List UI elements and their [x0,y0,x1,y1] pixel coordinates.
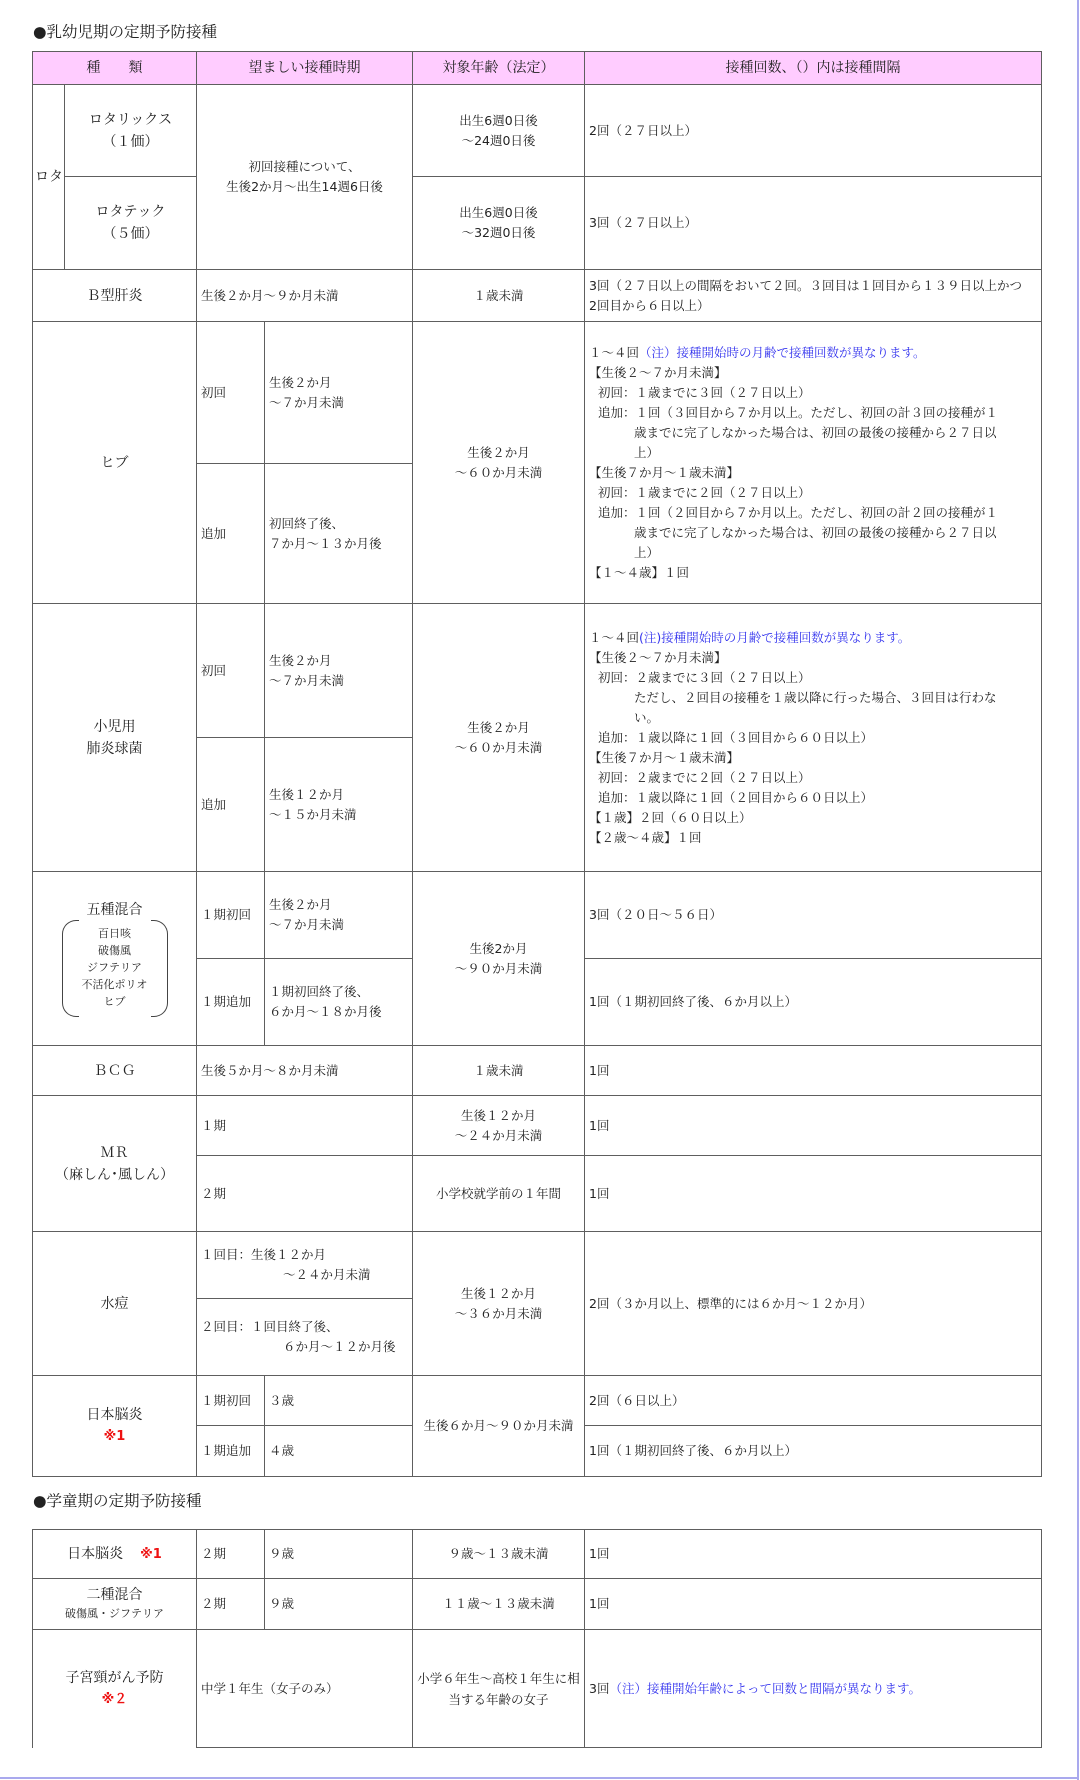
doses-note: （注）接種開始時の月齢で接種回数が異なります。 [639,345,926,360]
name-line: 子宮頸がん予防 [36,1667,193,1689]
table-row-varicella-dose1: 水痘 １回目：生後１２か月 ～２４か月未満 生後１２か月 ～３６か月未満 2回（… [33,1232,1042,1299]
text-line: ～24週0日後 [416,131,581,151]
text-line: ～32週0日後 [416,223,581,243]
age-group-heading: 【生後２～７か月未満】 [589,363,1038,383]
rotarix-doses: 2回（２７日以上） [585,85,1042,177]
hepatitis-b-recommended-period: 生後２か月～９か月未満 [197,270,413,322]
hpv-target-age: 小学６年生～高校１年生に相 当する年齢の女子 [413,1630,585,1748]
vaccine-name-japanese-encephalitis: 日本脳炎 ※1 [33,1376,197,1477]
doses-note: （注）接種開始年齢によって回数と間隔が異なります。 [609,1681,921,1696]
dose-detail-line: 初回：２歳までに３回（２７日以上） [589,668,1038,688]
rota-recommended-period: 初回接種について、 生後2か月～出生14週6日後 [197,85,413,270]
je-booster-doses: 1回（１期初回終了後、６か月以上） [585,1426,1042,1477]
table-row-rotarix: ロタ ロタリックス （１価） 初回接種について、 生後2か月～出生14週6日後 … [33,85,1042,177]
pneumococcal-doses: １～４回(注)接種開始時の月齢で接種回数が異なります。 【生後２～７か月未満】 … [585,604,1042,872]
text-line: ～７か月未満 [269,915,409,935]
table-row-bcg: ＢＣＧ 生後５か月～８か月未満 １歳未満 1回 [33,1046,1042,1096]
text-line: 生後１２か月 [269,785,409,805]
varicella-doses: 2回（３か月以上、標準的には６か月～１２か月） [585,1232,1042,1376]
hpv-doses: 3回（注）接種開始年齢によって回数と間隔が異なります。 [585,1630,1042,1748]
pentavalent-booster-period: １期初回終了後、 ６か月～１８か月後 [265,959,413,1046]
je-target-age: 生後６か月～９０か月未満 [413,1376,585,1477]
vaccine-name-japanese-encephalitis: 日本脳炎※1 [33,1530,197,1579]
mr-phase2-doses: 1回 [585,1156,1042,1232]
vaccine-name-varicella: 水痘 [33,1232,197,1376]
varicella-dose2-period: ２回目：１回目終了後、 ６か月～１２か月後 [197,1299,413,1376]
rotarix-target-age: 出生6週0日後 ～24週0日後 [413,85,585,177]
name-line: （１価） [68,131,193,153]
name-line: ＭＲ [36,1142,193,1164]
text-line: 生後１２か月 [416,1106,581,1126]
hib-primary-period: 生後２か月 ～７か月未満 [265,322,413,464]
name-line: 五種混合 [36,900,193,920]
text-line: ～１５か月未満 [269,805,409,825]
rotateq-doses: 3回（２７日以上） [585,177,1042,270]
text-line: ～２４か月未満 [201,1265,409,1285]
hib-target-age: 生後２か月 ～６０か月未満 [413,322,585,604]
dose-detail-line: 初回：１歳までに２回（２７日以上） [589,483,1038,503]
pneumococcal-target-age: 生後２か月 ～６０か月未満 [413,604,585,872]
pentavalent-phase-primary: １期初回 [197,872,265,959]
pneumococcal-primary-period: 生後２か月 ～７か月未満 [265,604,413,738]
infant-section-title: ●乳幼児期の定期予防接種 [33,22,217,42]
text-line: 生後２か月 [416,718,581,738]
text-line: ～２４か月未満 [416,1126,581,1146]
text-line: 当する年齢の女子 [414,1689,583,1710]
infant-vaccination-table: 種 類 望ましい接種時期 対象年齢（法定） 接種回数、（）内は接種間隔 ロタ ロ… [32,51,1042,1477]
doses-count: １～４回 [589,345,639,360]
header-target-age: 対象年齢（法定） [413,52,585,85]
rota-group-label: ロタ [33,85,65,270]
age-group-heading: 【１歳】２回（６０日以上） [589,808,1038,828]
mr-phase1-label: １期 [197,1096,413,1156]
vaccine-name-dt: 二種混合 破傷風・ジフテリア [33,1579,197,1630]
hepatitis-b-target-age: １歳未満 [413,270,585,322]
je2-doses: 1回 [585,1530,1042,1579]
header-doses-interval: 接種回数、（）内は接種間隔 [585,52,1042,85]
varicella-target-age: 生後１２か月 ～３６か月未満 [413,1232,585,1376]
name-text: 日本脳炎 [67,1546,123,1562]
dose-detail-line: 追加：１歳以降に１回（２回目から６０日以上） [589,788,1038,808]
dose-detail-line: 追加：１回（２回目から７か月以上。ただし、初回の計２回の接種が１ [589,503,1038,523]
text-line: 3回（２７日以上の間隔をおいて２回。３回目は１回目から１３９日以上かつ [589,276,1038,296]
dose-detail-continuation: 歳までに完了しなかった場合は、初回の最後の接種から２７日以 [589,523,1038,543]
vaccine-name-hpv: 子宮頸がん予防 ※２ [33,1630,197,1748]
mr-phase1-doses: 1回 [585,1096,1042,1156]
bcg-recommended-period: 生後５か月～８か月未満 [197,1046,413,1096]
text-line: １回目：生後１２か月 [201,1245,409,1265]
dt-target-age: １１歳～１３歳未満 [413,1579,585,1630]
table-row-dt: 二種混合 破傷風・ジフテリア ２期 ９歳 １１歳～１３歳未満 1回 [33,1579,1042,1630]
pneumococcal-phase-primary: 初回 [197,604,265,738]
name-line: ロタテック [68,201,193,223]
text-line: ～６０か月未満 [416,738,581,758]
vaccine-name-hepatitis-b: Ｂ型肝炎 [33,270,197,322]
text-line: ６か月～１２か月後 [201,1337,409,1357]
pneumococcal-phase-booster: 追加 [197,738,265,872]
table-row-hib-primary: ヒブ 初回 生後２か月 ～７か月未満 生後２か月 ～６０か月未満 １～４回（注）… [33,322,1042,464]
text-line: 初回終了後、 [269,514,409,534]
dose-detail-continuation: 上） [589,543,1038,563]
text-line: 小学６年生～高校１年生に相 [414,1668,583,1689]
pentavalent-primary-period: 生後２か月 ～７か月未満 [265,872,413,959]
hpv-recommended-period: 中学１年生（女子のみ） [197,1630,413,1748]
text-line: ～７か月未満 [269,671,409,691]
age-group-heading: 【２歳～４歳】１回 [589,828,1038,848]
text-line: 生後2か月～出生14週6日後 [200,177,409,197]
doses-summary-line: １～４回（注）接種開始時の月齢で接種回数が異なります。 [589,343,1038,363]
pentavalent-phase-booster: １期追加 [197,959,265,1046]
table-row-rotateq: ロタテック （５価） 出生6週0日後 ～32週0日後 3回（２７日以上） [33,177,1042,270]
left-bracket-shape [62,920,79,1017]
doses-count: 3回 [589,1681,609,1696]
pneumococcal-booster-period: 生後１２か月 ～１５か月未満 [265,738,413,872]
text-line: １期初回終了後、 [269,982,409,1002]
text-line: ～６０か月未満 [416,463,581,483]
bcg-target-age: １歳未満 [413,1046,585,1096]
age-group-heading: 【生後７か月～１歳未満】 [589,748,1038,768]
age-group-heading: 【１～４歳】１回 [589,563,1038,583]
dose-detail-line: 追加：１歳以降に１回（３回目から６０日以上） [589,728,1038,748]
table-row-hpv: 子宮頸がん予防 ※２ 中学１年生（女子のみ） 小学６年生～高校１年生に相 当する… [33,1630,1042,1748]
text-line: ２回目：１回目終了後、 [201,1317,409,1337]
hepatitis-b-doses: 3回（２７日以上の間隔をおいて２回。３回目は１回目から１３９日以上かつ 2回目か… [585,270,1042,322]
dose-detail-continuation: 上） [589,443,1038,463]
mr-phase2-label: ２期 [197,1156,413,1232]
je2-target-age: ９歳～１３歳未満 [413,1530,585,1579]
header-type: 種 類 [33,52,197,85]
dose-detail-continuation: ただし、２回目の接種を１歳以降に行った場合、３回目は行わな [589,688,1038,708]
hib-phase-booster: 追加 [197,464,265,604]
age-group-heading: 【生後７か月～１歳未満】 [589,463,1038,483]
table-row-pentavalent-primary: 五種混合 百日咳 破傷風 ジフテリア 不活化ポリオ ヒブ １期初回 生後２か月 … [33,872,1042,959]
dose-detail-continuation: 歳までに完了しなかった場合は、初回の最後の接種から２７日以 [589,423,1038,443]
footnote-mark: ※２ [36,1689,193,1711]
text-line: 生後２か月 [269,895,409,915]
doses-note: (注)接種開始時の月齢で接種回数が異なります。 [639,630,910,645]
je-primary-doses: 2回（６日以上） [585,1376,1042,1426]
dose-detail-line: 初回：２歳までに２回（２７日以上） [589,768,1038,788]
vaccine-name-hib: ヒブ [33,322,197,604]
components-bracket: 百日咳 破傷風 ジフテリア 不活化ポリオ ヒブ [62,920,168,1017]
table-row-je-phase1-primary: 日本脳炎 ※1 １期初回 ３歳 生後６か月～９０か月未満 2回（６日以上） [33,1376,1042,1426]
page-frame-right-border [1077,0,1079,1780]
pentavalent-booster-doses: 1回（１期初回終了後、６か月以上） [585,959,1042,1046]
hib-booster-period: 初回終了後、 ７か月～１３か月後 [265,464,413,604]
text-line: 出生6週0日後 [416,111,581,131]
dt-phase: ２期 [197,1579,265,1630]
text-line: 生後２か月 [416,443,581,463]
school-vaccination-table: 日本脳炎※1 ２期 ９歳 ９歳～１３歳未満 1回 二種混合 破傷風・ジフテリア … [32,1529,1042,1748]
text-line: ６か月～１８か月後 [269,1002,409,1022]
text-line: 生後2か月 [416,939,581,959]
varicella-dose1-period: １回目：生後１２か月 ～２４か月未満 [197,1232,413,1299]
right-bracket-shape [151,920,168,1017]
name-line: 小児用 [36,716,193,738]
header-recommended-period: 望ましい接種時期 [197,52,413,85]
text-line: ～３６か月未満 [416,1304,581,1324]
dose-detail-line: 初回：１歳までに３回（２７日以上） [589,383,1038,403]
name-line: （麻しん･風しん） [36,1164,193,1186]
text-line: ７か月～１３か月後 [269,534,409,554]
name-line: 日本脳炎 [36,1404,193,1426]
je-phase-primary: １期初回 [197,1376,265,1426]
footnote-mark: ※1 [36,1426,193,1448]
age-group-heading: 【生後２～７か月未満】 [589,648,1038,668]
dose-detail-line: 追加：１回（３回目から７か月以上。ただし、初回の計３回の接種が１ [589,403,1038,423]
school-section-title: ●学童期の定期予防接種 [33,1491,202,1511]
text-line: 生後１２か月 [416,1284,581,1304]
text-line: 出生6週0日後 [416,203,581,223]
hib-doses: １～４回（注）接種開始時の月齢で接種回数が異なります。 【生後２～７か月未満】 … [585,322,1042,604]
je-primary-period: ３歳 [265,1376,413,1426]
dt-doses: 1回 [585,1579,1042,1630]
components-line: 破傷風・ジフテリア [36,1605,193,1622]
vaccine-name-bcg: ＢＣＧ [33,1046,197,1096]
table-row-hepatitis-b: Ｂ型肝炎 生後２か月～９か月未満 １歳未満 3回（２７日以上の間隔をおいて２回。… [33,270,1042,322]
je-booster-period: ４歳 [265,1426,413,1477]
bcg-doses: 1回 [585,1046,1042,1096]
name-line: 二種混合 [36,1586,193,1605]
rotateq-target-age: 出生6週0日後 ～32週0日後 [413,177,585,270]
mr-phase2-target-age: 小学校就学前の１年間 [413,1156,585,1232]
doses-summary-line: １～４回(注)接種開始時の月齢で接種回数が異なります。 [589,628,1038,648]
mr-phase1-target-age: 生後１２か月 ～２４か月未満 [413,1096,585,1156]
vaccine-name-rotateq: ロタテック （５価） [65,177,197,270]
je-phase-booster: １期追加 [197,1426,265,1477]
je2-phase: ２期 [197,1530,265,1579]
text-line: 初回接種について、 [200,157,409,177]
vaccine-name-rotarix: ロタリックス （１価） [65,85,197,177]
name-line: ロタリックス [68,109,193,131]
table-row-pneumococcal-primary: 小児用 肺炎球菌 初回 生後２か月 ～７か月未満 生後２か月 ～６０か月未満 １… [33,604,1042,738]
vaccine-name-pneumococcal: 小児用 肺炎球菌 [33,604,197,872]
text-line: 2回目から６日以上） [589,296,1038,316]
text-line: ～９０か月未満 [416,959,581,979]
hib-phase-primary: 初回 [197,322,265,464]
dt-period: ９歳 [265,1579,413,1630]
name-line: （５価） [68,223,193,245]
text-line: 生後２か月 [269,373,409,393]
footnote-mark: ※1 [140,1547,162,1562]
table-row-je-phase2: 日本脳炎※1 ２期 ９歳 ９歳～１３歳未満 1回 [33,1530,1042,1579]
vaccine-name-mr: ＭＲ （麻しん･風しん） [33,1096,197,1232]
text-line: 生後２か月 [269,651,409,671]
je2-period: ９歳 [265,1530,413,1579]
pentavalent-primary-doses: 3回（２０日～５６日） [585,872,1042,959]
text-line: ～７か月未満 [269,393,409,413]
doses-count: １～４回 [589,630,639,645]
page-frame-bottom-border [0,1777,1079,1779]
header-row: 種 類 望ましい接種時期 対象年齢（法定） 接種回数、（）内は接種間隔 [33,52,1042,85]
name-line: 肺炎球菌 [36,738,193,760]
table-row-mr-phase1: ＭＲ （麻しん･風しん） １期 生後１２か月 ～２４か月未満 1回 [33,1096,1042,1156]
pentavalent-target-age: 生後2か月 ～９０か月未満 [413,872,585,1046]
dose-detail-continuation: い。 [589,708,1038,728]
vaccine-name-pentavalent: 五種混合 百日咳 破傷風 ジフテリア 不活化ポリオ ヒブ [33,872,197,1046]
